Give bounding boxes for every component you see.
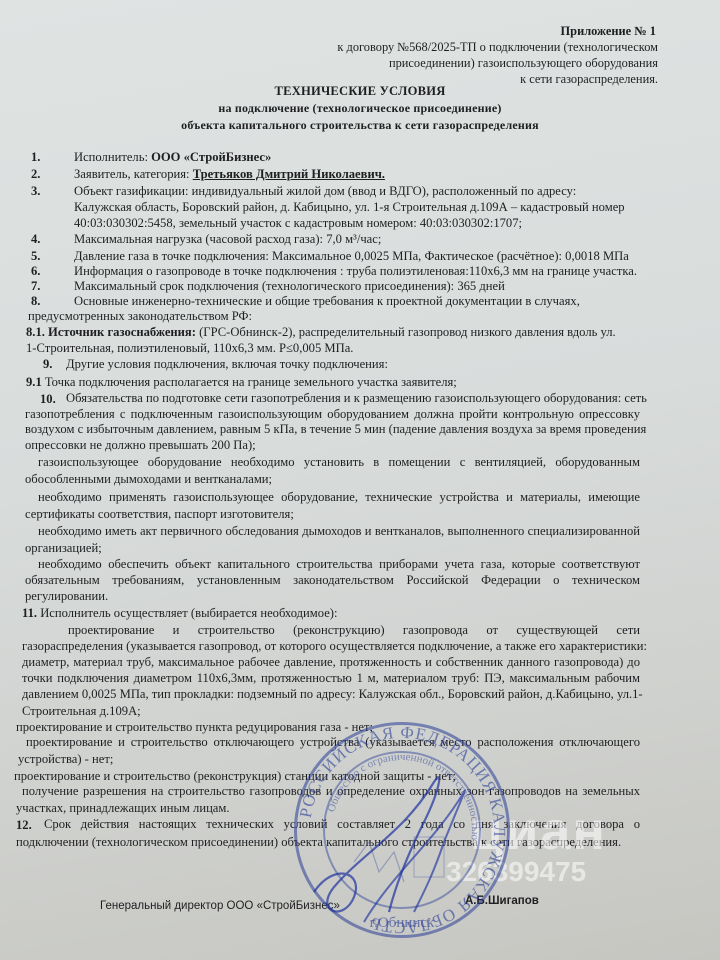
item-11-para-1-line-1: проектирование и строительство (реконстр… xyxy=(68,623,640,638)
item-2-label: Заявитель, категория: xyxy=(74,167,193,181)
item-10-para-2-line-1: газоиспользующее оборудование необходимо… xyxy=(38,455,640,470)
document-subtitle-2: объекта капитального строительства к сет… xyxy=(0,118,720,133)
item-11-para-5-line-2: участках, принадлежащих иным лицам. xyxy=(16,800,230,817)
item-number: 4. xyxy=(31,232,40,247)
gas-source-value: (ГРС-Обнинск-2), распределительный газоп… xyxy=(196,325,616,339)
item-10-line-4: опрессовки не должно превышать 200 Па); xyxy=(25,437,256,454)
item-number: 9.1 xyxy=(26,375,42,389)
item-10-para-5-line-3: регулировании. xyxy=(25,588,108,605)
executor-name: ООО «СтройБизнес» xyxy=(151,150,271,164)
appendix-label: Приложение № 1 xyxy=(561,24,656,39)
item-number: 8.1 xyxy=(26,325,42,339)
item-9: Другие условия подключения, включая точк… xyxy=(66,356,388,373)
document-subtitle-1: на подключение (технологическое присоеди… xyxy=(0,101,720,116)
stamp-city: г.Обнинск xyxy=(370,915,435,931)
header-line-2: присоединении) газоиспользующего оборудо… xyxy=(389,56,658,71)
item-10-line-1: Обязательства по подготовке сети газопот… xyxy=(66,391,640,406)
item-1-label: Исполнитель: xyxy=(74,150,151,164)
gas-source-label: . Источник газоснабжения: xyxy=(42,325,196,339)
header-line-1: к договору №568/2025-ТП о подключении (т… xyxy=(337,40,658,55)
item-10-line-3: воздухом с избыточным давлением, равным … xyxy=(25,422,640,437)
item-11-para-3-line-2: устройства) - нет; xyxy=(18,751,113,768)
stamp-seal-icon: РОССИЙСКАЯ ФЕДЕРАЦИЯ КАЛУЖСКАЯ ОБЛАСТЬ О… xyxy=(294,722,510,938)
document-page: Приложение № 1 к договору №568/2025-ТП о… xyxy=(0,0,720,960)
item-10-para-2-line-2: обособленными дымоходами и вентканалами; xyxy=(25,471,272,488)
item-number: 6. xyxy=(31,264,40,279)
item-10-para-3-line-1: необходимо применять газоиспользующее об… xyxy=(38,490,640,505)
item-number: 9. xyxy=(43,357,52,372)
item-number: 2. xyxy=(31,167,40,182)
item-number: 7. xyxy=(31,279,40,294)
applicant-name: Третьяков Дмитрий Николаевич. xyxy=(193,167,385,181)
item-10-para-5-line-2: обязательным требованиям, установленным … xyxy=(25,573,640,588)
item-10-para-4-line-2: организацией; xyxy=(25,540,102,557)
item-11-para-1-line-6: Строительная д.109А; xyxy=(22,703,141,720)
item-2: Заявитель, категория: Третьяков Дмитрий … xyxy=(74,166,385,183)
document-title: ТЕХНИЧЕСКИЕ УСЛОВИЯ xyxy=(0,84,720,99)
company-stamp: РОССИЙСКАЯ ФЕДЕРАЦИЯ КАЛУЖСКАЯ ОБЛАСТЬ О… xyxy=(294,722,510,938)
item-8-1-line-2: 1-Строительная, полиэтиленовый, 110х6,3 … xyxy=(26,340,353,357)
item-11-para-1-line-3: диаметр, материал труб, максимальное раб… xyxy=(22,655,640,670)
item-10-para-5-line-1: необходимо обеспечить объект капитальног… xyxy=(38,557,640,572)
item-10-para-3-line-2: сертификаты соответствия, паспорт изгото… xyxy=(25,506,294,523)
stamp-inner-text: Общество с ограниченной ответственностью xyxy=(325,751,481,841)
item-number: 1. xyxy=(31,150,40,165)
item-11: 11. Исполнитель осуществляет (выбирается… xyxy=(22,605,338,622)
item-3-line-3: 40:03:030302:5458, земельный участок с к… xyxy=(74,215,522,232)
item-8-1-line-1: 8.1. Источник газоснабжения: (ГРС-Обнинс… xyxy=(26,324,616,341)
item-number: 5. xyxy=(31,249,40,264)
item-11-text: Исполнитель осуществляет (выбирается нео… xyxy=(37,606,337,620)
item-11-para-1-line-2: газораспределения (указывается газопрово… xyxy=(22,639,640,654)
item-10-number: 10. xyxy=(40,391,56,408)
item-number: 8. xyxy=(31,294,40,309)
item-9-1: 9.1 Точка подключения располагается на г… xyxy=(26,374,457,391)
item-9-1-text: Точка подключения располагается на грани… xyxy=(42,375,457,389)
item-number: 10. xyxy=(40,392,56,406)
item-3-line-2: Калужская область, Боровский район, д. К… xyxy=(74,199,625,216)
item-number: 3. xyxy=(31,184,40,199)
item-number: 12. xyxy=(16,817,32,834)
item-3-line-1: Объект газификации: индивидуальный жилой… xyxy=(74,183,576,200)
item-8-line-2: предусмотренных законодательством РФ: xyxy=(28,308,252,325)
item-4: Максимальная нагрузка (часовой расход га… xyxy=(74,231,381,248)
svg-text:Общество с ограниченной ответс: Общество с ограниченной ответственностью xyxy=(325,751,481,841)
item-number: 11. xyxy=(22,606,37,620)
item-11-para-1-line-4: точки подключения диаметром 110х6,3мм, п… xyxy=(22,671,640,686)
item-10-para-4-line-1: необходимо иметь акт первичного обследов… xyxy=(38,524,640,539)
item-1: Исполнитель: ООО «СтройБизнес» xyxy=(74,149,271,166)
item-10-line-2: газопотребления с подключенным газоиспол… xyxy=(25,407,640,422)
item-11-para-1-line-5: давлением 0,0025 МПа, тип прокладки: под… xyxy=(22,687,640,702)
